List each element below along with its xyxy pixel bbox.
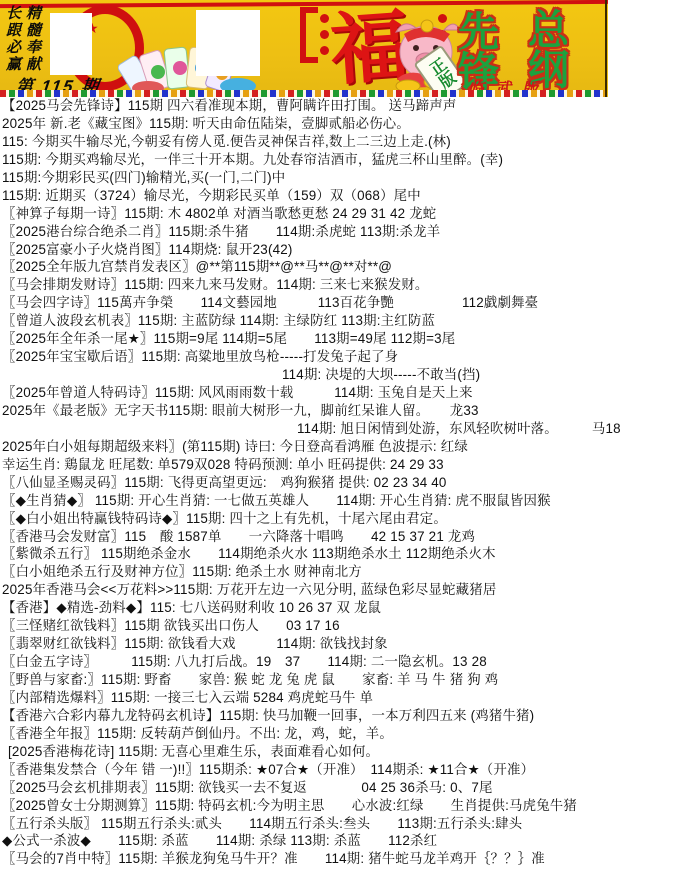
slogan-right: 精髓奉献 [23,5,44,73]
tip-line: 2025年《最老版》无字天书115期: 眼前大树形一九，脚前红呆谁人留。 龙33 [2,402,677,420]
tip-line: 〖曾道人波段玄机表〗115期: 主蓝防绿 114期: 主绿防红 113期:主红防… [2,312,677,330]
tip-line: 〖2025年全年杀一尾★〗115期=9尾 114期=5尾 113期=49尾 11… [2,330,677,348]
tip-line: 幸运生肖: 鶏鼠龙 旺尾数: 单579双028 特码预测: 单小 旺码提供: 2… [2,456,677,474]
tip-line: 〖紫微杀五行〗 115期绝杀金水 114期绝杀火水 113期绝杀水土 112期绝… [2,545,677,563]
banner-edge [605,0,607,97]
tip-line: 〖神算子每期一诗〗115期: 木 4802单 对酒当歌愁更愁 24 29 31 … [2,205,677,223]
tip-line: 〖2025富豪小子火烧肖图〗114期烧: 鼠开23(42) [2,241,677,259]
tip-line: 2025年香港马会<<万花料>>115期: 万花开左边一六见分明, 蓝绿色彩尽显… [2,581,677,599]
tip-line: 〖2025曾女士分期测算〗115期: 特码玄机:今为明主思 心水波:红绿 生肖提… [2,797,677,815]
tip-line: 114期: 旭日闲情到处游，东风轻吹树叶落。 马18 [2,420,677,438]
tip-line: 〖马会的7肖中特〗115期: 羊猴龙狗兔马牛开？准 114期: 猪牛蛇马龙羊鸡开… [2,850,677,868]
masthead-title-char: 总 [528,10,569,51]
tip-line: 〖马会四字诗〗115萬卉争榮 114文藝园地 113百花争艷 112戯劇舞臺 [2,294,677,312]
lottery-tip-sheet: 长跟必赢 精髓奉献 ★ [0,0,677,869]
tip-line: 〖◆白小姐出特赢钱特码诗◆〗115期: 四十之上有先机，十尾六尾由君定。 [2,510,677,528]
tip-line: 〖2025马会玄机排期表〗115期: 欲钱买一去不复返 04 25 36杀马: … [2,779,677,797]
tip-line: 2025年 新.老《藏宝图》115期: 听天由命伍陆柒，壹脚贰船必伤心。 [2,115,677,133]
blank-patch [196,10,260,76]
tip-line: 〖香港马会发财富〗115 酸 1587单 一六降落十唱鸣 42 15 37 21… [2,528,677,546]
tip-line: 〖2025全年版九宫禁肖发表区〗@**第115期**@**马**@**对**@ [2,258,677,276]
tip-line: 115期: 今期买鸡输尽光，一伴三十开本期。九处春帘洁酒市，猛虎三杯山里醉。(幸… [2,151,677,169]
tip-line: ◆公式一杀波◆ 115期: 杀蓝 114期: 杀绿 113期: 杀蓝 112杀红 [2,832,677,850]
slogan-left: 长跟必赢 [3,5,24,73]
tip-lines: 【2025马会先锋诗】115期 四六看准现本期，曹阿瞒许田打围。 送马蹄声声20… [2,97,677,868]
tip-line: 〖2025年曾道人特码诗〗115期: 风风雨雨数十载 114期: 玉兔自是天上来 [2,384,677,402]
tip-line: 〖2025港台综合绝杀二肖〗115期:杀牛猪 114期:杀虎蛇 113期:杀龙羊 [2,223,677,241]
tip-line: 〖翡翠财红欲钱料〗115期: 欲钱看大戏 114期: 欲钱找封象 [2,635,677,653]
tip-line: 〖香港集发禁合（今年 错 一)!!〗115期杀: ★07合★（开准） 114期杀… [2,761,677,779]
tip-line: 〖◆生肖猜◆〗 115期: 开心生肖猜: 一七做五英雄人 114期: 开心生肖猜… [2,492,677,510]
tip-line: 【香港】◆精选-劲料◆】115: 七八送码财利收 10 26 37 双 龙鼠 [2,599,677,617]
tip-line: 〖白金五字诗〗 115期: 八九打后战。19 37 114期: 二一隐玄机。13… [2,653,677,671]
tip-line: 〖2025年宝宝歇后语〗115期: 高粱地里放鸟枪-----打发兔子起了身 [2,348,677,366]
blank-patch [50,13,92,75]
tip-line: 〖内部精选爆料〗115期: 一接三七入云端 5284 鸡虎蛇马牛 单 [2,689,677,707]
tip-line: 115: 今期买牛输尽光,今朝妥有傍人觅.便告灵神保吉祥,数上二三边上走.(林) [2,133,677,151]
tip-line: 〖三怪赌红欲钱料〗115期 欲钱买出口伤人 03 17 16 [2,617,677,635]
tip-line: 2025年白小姐每期超级来料〗(第115期) 诗曰: 今日登高看鸿雁 色波提示:… [2,438,677,456]
tip-line: 115期: 近期买（3724）输尽光，今期彩民买单（159）双（068）尾中 [2,187,677,205]
tip-line: 〖八仙显圣赐灵码〗115期: 飞得更高望更远: 鸡狗猴猪 提供: 02 23 3… [2,474,677,492]
tip-line: 〖野兽与家畜:〗115期: 野畜 家兽: 猴 蛇 龙 兔 虎 鼠 家畜: 羊 马… [2,671,677,689]
tip-line: 【香港六合彩内幕九龙特码玄机诗】115期: 快马加鞭一回事，一本万利四五来 (鸡… [2,707,677,725]
masthead-banner: 长跟必赢 精髓奉献 ★ [0,0,608,97]
tip-line: 【2025马会先锋诗】115期 四六看准现本期，曹阿瞒许田打围。 送马蹄声声 [2,97,677,115]
tip-line: 〖香港全年报〗115期: 反转葫芦倒仙丹。不出: 龙，鸡，蛇，羊。 [2,725,677,743]
tip-line: [2025香港梅花诗] 115期: 无喜心里难生乐，表面难看心如何。 [2,743,677,761]
tip-line: 〖白小姐绝杀五行及财神方位〗115期: 绝杀土水 财神南北方 [2,563,677,581]
decor-bracket-icon [300,7,318,63]
masthead-title-char: 先 [458,12,499,53]
tip-line: 115期:今期彩民买(四门)输精光,买(一门,二门)中 [2,169,677,187]
tip-line: 〖五行杀头版〗 115期五行杀头:贰头 114期五行杀头:叁头 113期:五行杀… [2,815,677,833]
ticker-strip [0,90,605,97]
tip-line: 〖马会排期发财诗〗115期: 四来九来马发财。114期: 三来七来猴发财。 [2,276,677,294]
tip-line: 114期: 决堤的大坝-----不敢当(挡) [2,366,677,384]
